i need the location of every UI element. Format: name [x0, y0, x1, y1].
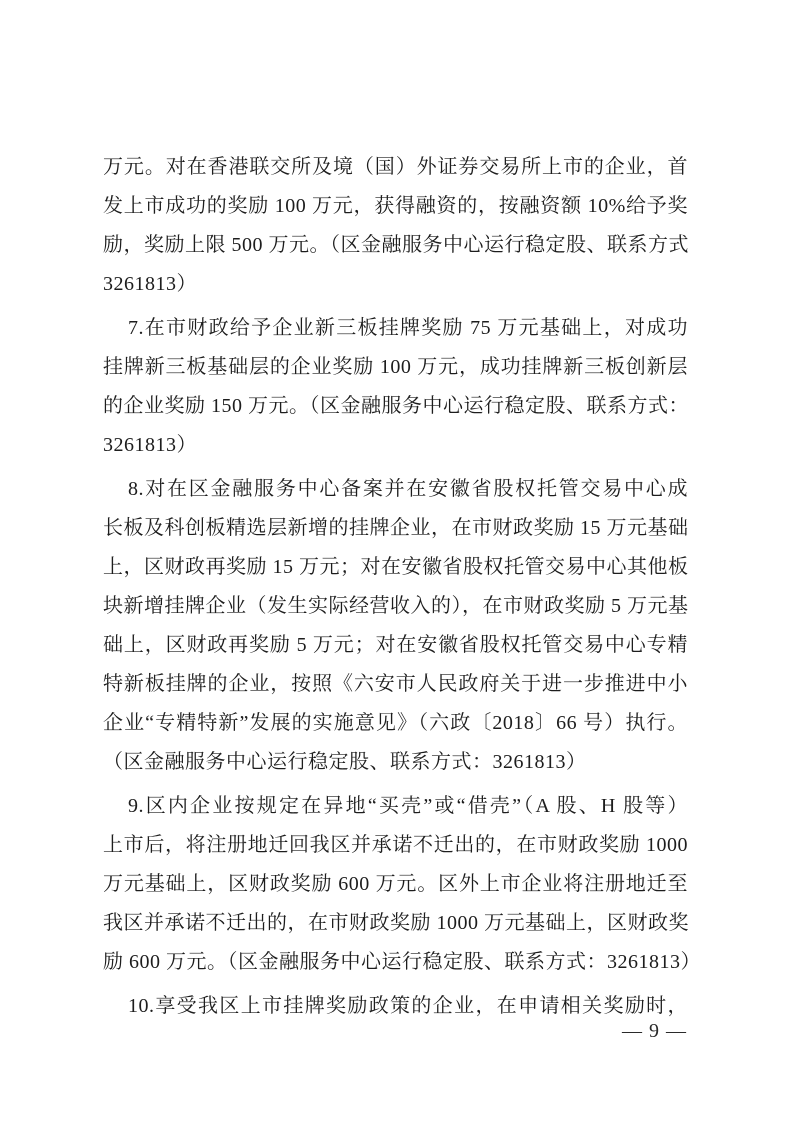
- text-line: 块新增挂牌企业（发生实际经营收入的），在市财政奖励 5 万元基: [103, 587, 688, 626]
- text-line: 励，奖励上限 500 万元。（区金融服务中心运行稳定股、联系方式：: [103, 226, 688, 265]
- text-line: 础上，区财政再奖励 5 万元；对在安徽省股权托管交易中心专精: [103, 626, 688, 665]
- text-line: （区金融服务中心运行稳定股、联系方式：3261813）: [103, 743, 688, 782]
- text-line: 特新板挂牌的企业，按照《六安市人民政府关于进一步推进中小: [103, 665, 688, 704]
- text-line: 上市后，将注册地迁回我区并承诺不迁出的，在市财政奖励 1000: [103, 826, 688, 865]
- text-line: 7.在市财政给予企业新三板挂牌奖励 75 万元基础上，对成功: [103, 309, 688, 348]
- document-page: 万元。对在香港联交所及境（国）外证券交易所上市的企业，首 发上市成功的奖励 10…: [0, 0, 793, 1122]
- text-line: 8.对在区金融服务中心备案并在安徽省股权托管交易中心成: [103, 470, 688, 509]
- paragraph-item8: 8.对在区金融服务中心备案并在安徽省股权托管交易中心成 长板及科创板精选层新增的…: [103, 470, 688, 782]
- text-line: 9.区内企业按规定在异地“买壳”或“借壳”（A 股、H 股等）: [103, 787, 688, 826]
- paragraph-item10: 10.享受我区上市挂牌奖励政策的企业，在申请相关奖励时，: [103, 987, 688, 1026]
- text-line: 3261813）: [103, 426, 688, 465]
- text-line: 企业“专精特新”发展的实施意见》（六政〔2018〕66 号）执行。: [103, 704, 688, 743]
- paragraph-item6-continuation: 万元。对在香港联交所及境（国）外证券交易所上市的企业，首 发上市成功的奖励 10…: [103, 148, 688, 304]
- text-line: 我区并承诺不迁出的，在市财政奖励 1000 万元基础上，区财政奖: [103, 904, 688, 943]
- text-line: 万元基础上，区财政奖励 600 万元。区外上市企业将注册地迁至: [103, 865, 688, 904]
- page-number: — 9 —: [622, 1018, 687, 1044]
- text-line: 3261813）: [103, 265, 688, 304]
- text-line: 励 600 万元。（区金融服务中心运行稳定股、联系方式：3261813）: [103, 943, 688, 982]
- text-line: 长板及科创板精选层新增的挂牌企业，在市财政奖励 15 万元基础: [103, 509, 688, 548]
- text-line: 上，区财政再奖励 15 万元；对在安徽省股权托管交易中心其他板: [103, 548, 688, 587]
- text-line: 发上市成功的奖励 100 万元，获得融资的，按融资额 10%给予奖: [103, 187, 688, 226]
- paragraph-item9: 9.区内企业按规定在异地“买壳”或“借壳”（A 股、H 股等） 上市后，将注册地…: [103, 787, 688, 982]
- text-line: 挂牌新三板基础层的企业奖励 100 万元，成功挂牌新三板创新层: [103, 348, 688, 387]
- paragraph-item7: 7.在市财政给予企业新三板挂牌奖励 75 万元基础上，对成功 挂牌新三板基础层的…: [103, 309, 688, 465]
- body-text: 万元。对在香港联交所及境（国）外证券交易所上市的企业，首 发上市成功的奖励 10…: [103, 148, 688, 1026]
- text-line: 10.享受我区上市挂牌奖励政策的企业，在申请相关奖励时，: [103, 987, 688, 1026]
- text-line: 万元。对在香港联交所及境（国）外证券交易所上市的企业，首: [103, 148, 688, 187]
- text-line: 的企业奖励 150 万元。（区金融服务中心运行稳定股、联系方式：: [103, 387, 688, 426]
